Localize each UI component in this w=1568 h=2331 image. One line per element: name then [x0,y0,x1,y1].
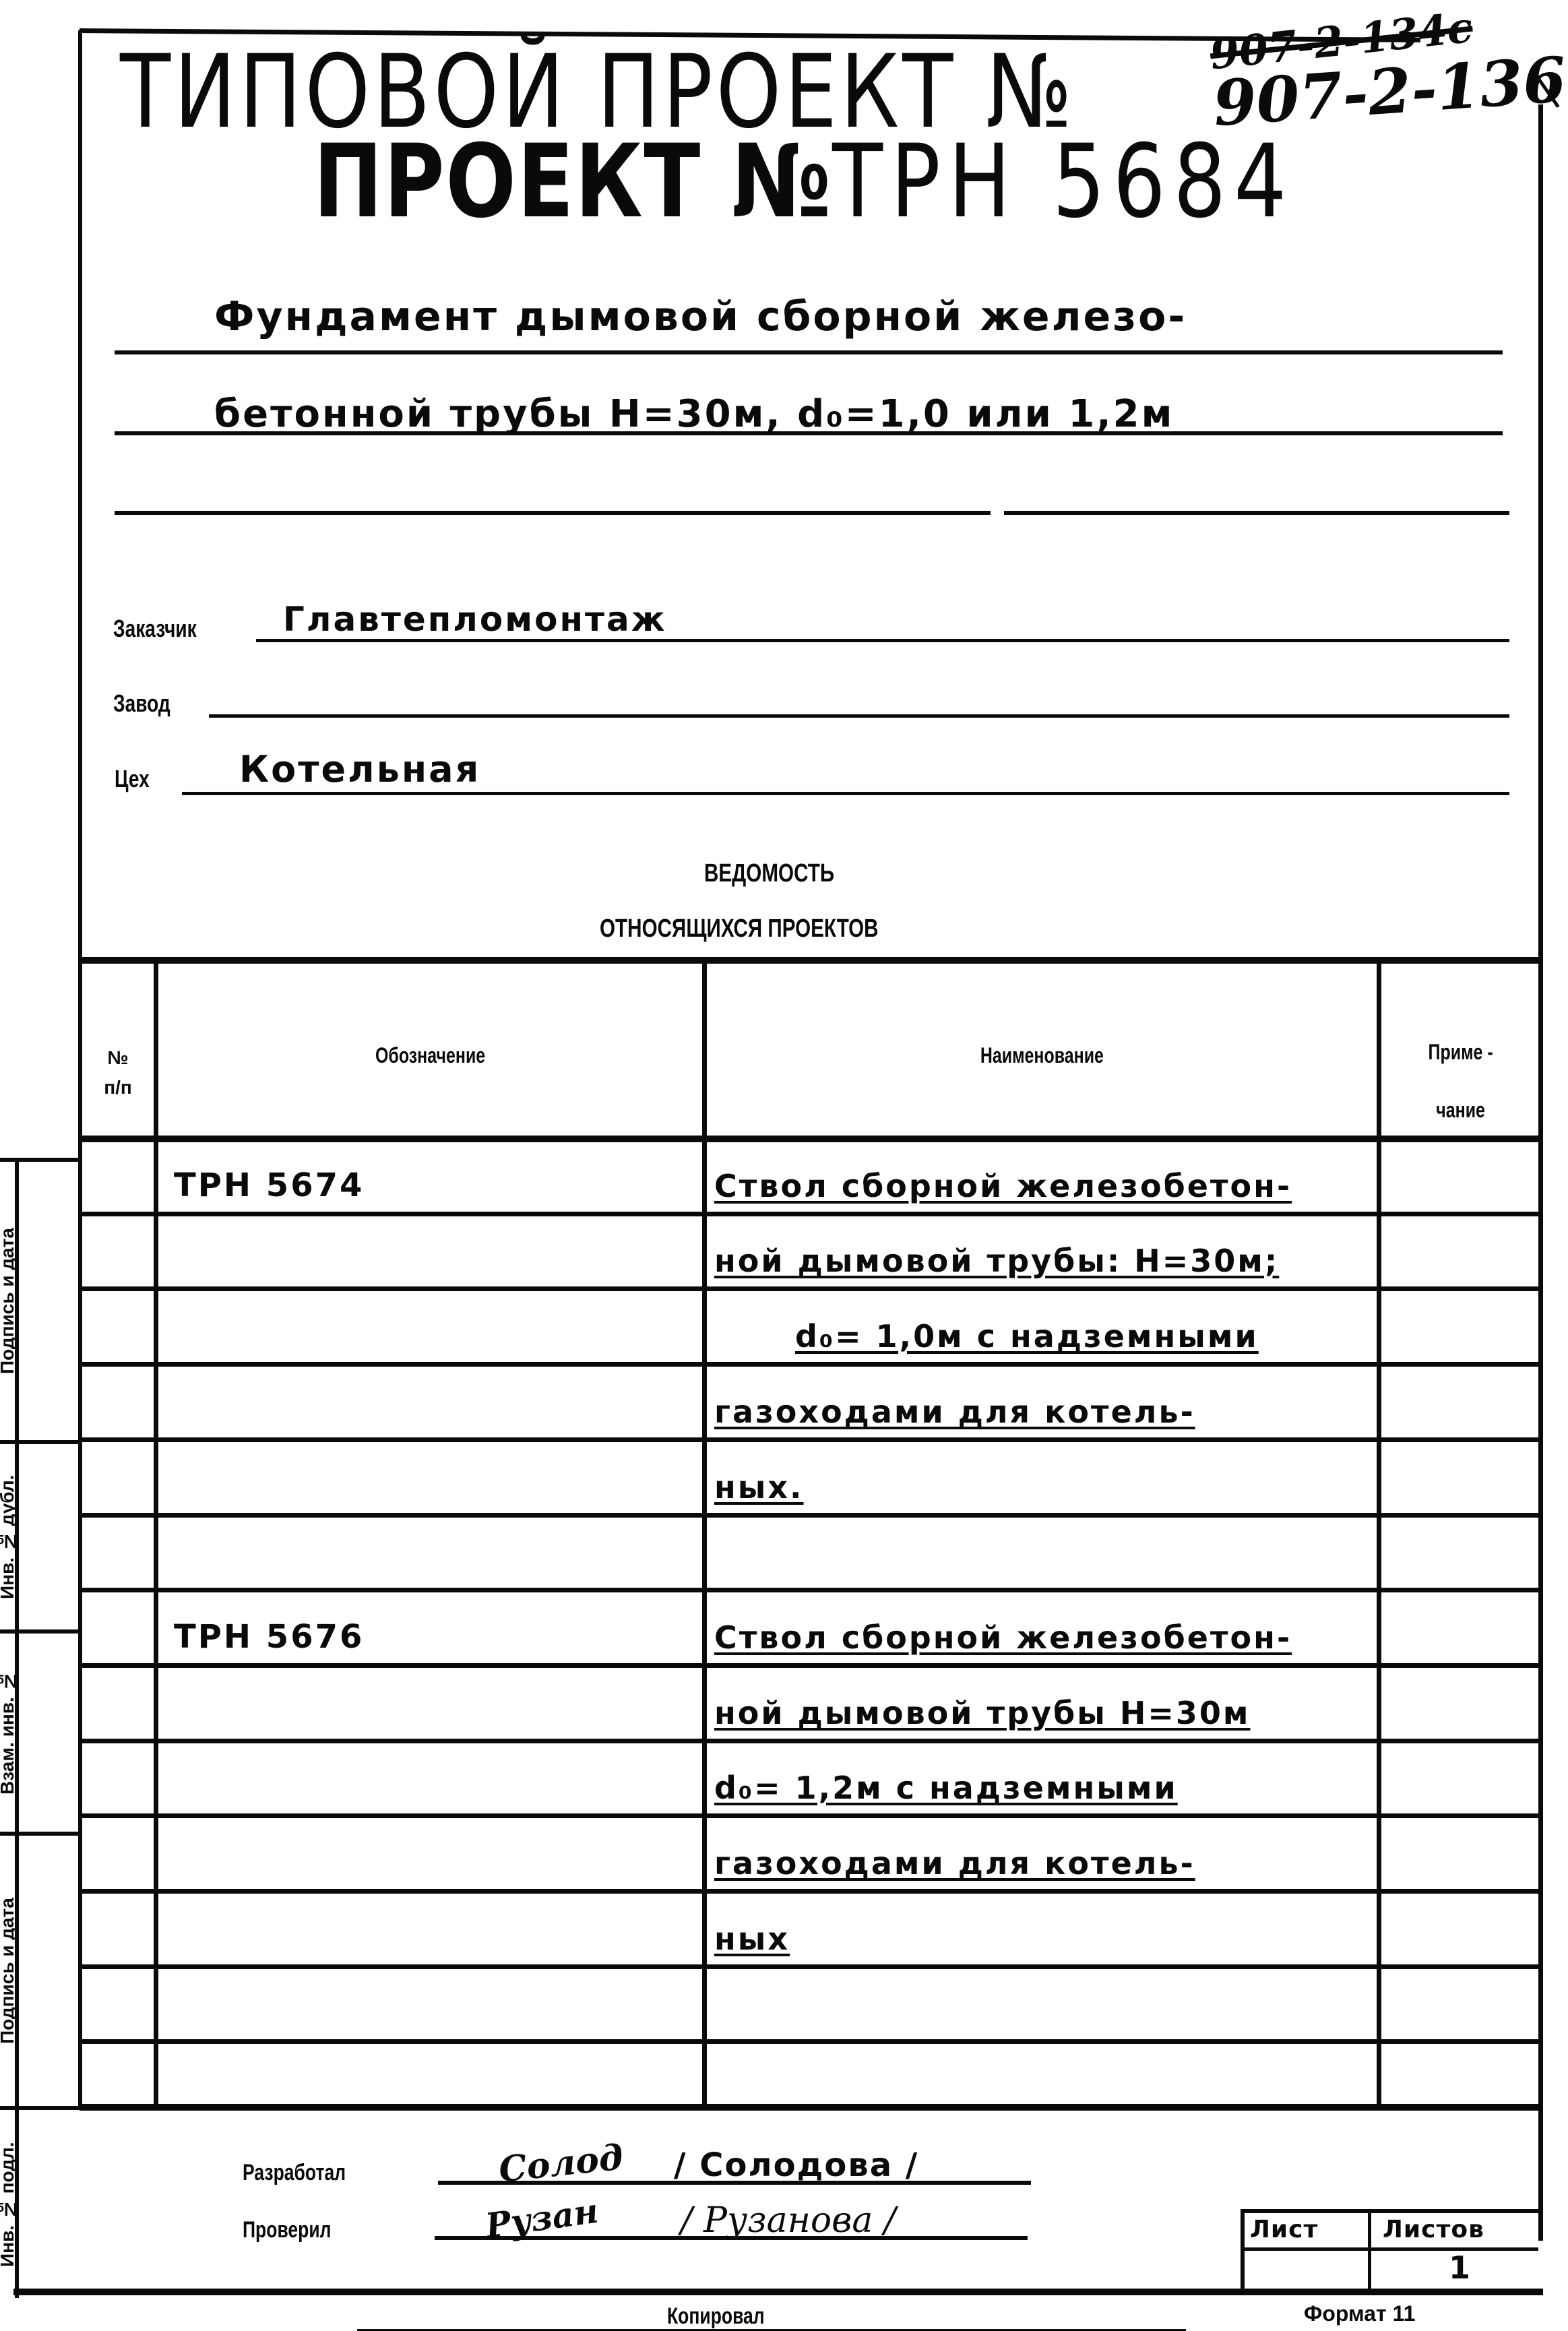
table-row-line [80,1889,1542,1894]
plant-label: Завод [113,689,187,718]
checked-label: Проверил [243,2217,356,2243]
row-designation: ТРН 5674 [174,1169,364,1202]
table-bottom-line [80,2104,1542,2111]
row-name: газоходами для котель- [714,1848,1195,1879]
side-stamp-inv-dup: Инв. № дубл. [0,1444,15,1629]
sheet-box-left [1241,2209,1245,2291]
table-row-line [80,1813,1542,1818]
project-label: ПРОЕКТ №ТРН 5684 [313,131,1294,232]
row-name: ных [714,1923,790,1954]
workshop-label: Цех [115,765,159,793]
row-designation: ТРН 5676 [174,1621,364,1653]
row-name: ной дымовой трубы Н=30м [714,1698,1251,1729]
table-row-line [80,1964,1542,1969]
sheets-value: 1 [1449,2249,1472,2286]
col-header-name: Наименование [707,1043,1377,1068]
table-top-line [80,957,1542,964]
sheets-label: Листов [1383,2216,1484,2243]
col-header-number: № п/п [81,1043,155,1102]
table-row-line [80,1513,1542,1518]
row-name: Ствол сборной железобетон- [714,1171,1292,1202]
format-label: Формат 11 [1304,2301,1415,2326]
frame-bottom-border [13,2289,1543,2295]
table-row-line [80,2039,1542,2044]
table-row-line [80,1362,1542,1367]
customer-label: Заказчик [113,615,220,643]
customer-underline [256,639,1509,642]
checked-underline [435,2236,1028,2240]
register-title-1: ВЕДОМОСТЬ [704,859,871,888]
customer-value: Главтепломонтаж [283,600,667,639]
table-row-line [80,1437,1542,1442]
title-underline-3a [115,511,991,515]
side-stamp-signature-date-1: Подпись и дата [0,1162,15,1440]
checked-name: / Рузанова / [681,2200,896,2241]
developed-label: Разработал [243,2160,375,2186]
title-underline-2 [115,431,1503,435]
row-name: ных. [714,1472,804,1503]
workshop-value: Котельная [239,748,480,790]
col-header-note-line2: чание [1381,1081,1540,1139]
column-line-2 [702,960,707,2109]
table-row-line [80,1286,1542,1291]
table-row-line [80,1739,1542,1743]
col-header-note-line1: Приме - [1381,1023,1540,1081]
col-header-note: Приме - чание [1381,1023,1540,1139]
workshop-underline [182,792,1509,795]
side-stamp-inv-orig: Инв. № подл. [0,2110,15,2299]
table-row-line [80,1212,1542,1216]
frame-right-border [1538,104,1543,2241]
developed-underline [438,2181,1031,2185]
register-title-2: ОТНОСЯЩИХСЯ ПРОЕКТОВ [600,914,957,943]
table-header-bottom-line [80,1136,1542,1142]
developed-name: / Солодова / [674,2146,918,2184]
copied-label: Копировал [667,2303,792,2330]
sheet-box-mid [1242,2247,1538,2251]
table-row-line [80,1663,1542,1668]
row-name: Ствол сборной железобетон- [714,1622,1292,1653]
project-label-text: ПРОЕКТ № [313,123,832,241]
col-header-number-line2: п/п [81,1073,155,1102]
row-name: d₀= 1,0м с надземными [795,1321,1259,1352]
project-number: ТРН 5684 [832,123,1294,241]
title-underline-1 [115,350,1503,354]
col-header-number-line1: № [81,1043,155,1073]
title-line-1: Фундамент дымовой сборной железо- [214,293,1187,340]
col-header-designation: Обозначение [158,1043,702,1068]
column-line-3 [1377,960,1381,2109]
title-underline-3b [1004,511,1509,515]
table-row-line [80,1588,1542,1592]
row-name: d₀= 1,2м с надземными [714,1772,1178,1803]
row-name: ной дымовой трубы: Н=30м; [714,1245,1279,1276]
side-stamp-signature-date-2: Подпись и дата [0,1836,15,2106]
sheet-box-divider [1368,2209,1371,2291]
column-line-1 [154,960,158,2109]
sheet-label: Лист [1250,2216,1318,2243]
row-name: газоходами для котель- [714,1396,1195,1427]
sheet-box-top [1242,2209,1538,2213]
side-stamp-replace-inv: Взам. инв. № [0,1634,15,1832]
plant-underline [209,714,1509,718]
